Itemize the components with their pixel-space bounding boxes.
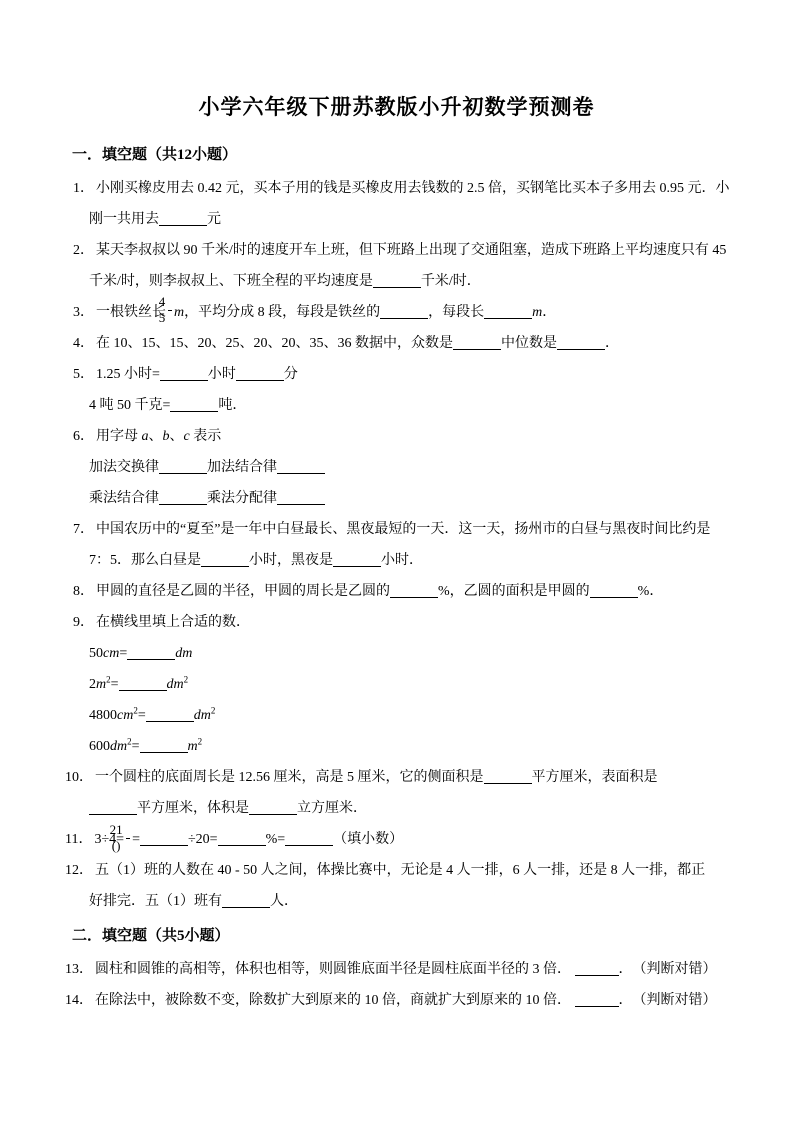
question-number: 9．	[73, 615, 94, 630]
question-text: %．	[638, 584, 664, 599]
blank-line	[285, 831, 333, 846]
blank-line	[140, 831, 188, 846]
question-number: 8．	[73, 584, 94, 599]
blank-line	[119, 676, 167, 691]
question-line: 9．在横线里填上合适的数．	[89, 607, 721, 638]
question-line: 14．在除法中，被除数不变，除数扩大到原来的 10 倍，商就扩大到原来的 10 …	[89, 985, 721, 1016]
question-line: 7：5．那么白昼是小时，黑夜是小时．	[89, 545, 721, 576]
question-text: 小时，黑夜是	[249, 553, 333, 568]
question: 3．一根铁丝长45m，平均分成 8 段，每段是铁丝的，每段长m．	[89, 297, 721, 328]
math-variable: m	[188, 739, 198, 754]
superscript: 2	[211, 706, 216, 716]
question: 11．3÷4=21()=÷20=%=（填小数）	[89, 824, 721, 855]
blank-line	[201, 552, 249, 567]
math-variable: cm	[117, 708, 133, 723]
question-line: 600dm2=m2	[89, 731, 721, 762]
blank-line	[277, 459, 325, 474]
question-line: 2．某天李叔叔以 90 千米/时的速度开车上班，但下班路上出现了交通阻塞，造成下…	[89, 235, 721, 266]
question-text: 4800	[89, 708, 117, 723]
blank-line	[333, 552, 381, 567]
blank-line	[160, 366, 208, 381]
question-text: ．	[542, 305, 556, 320]
question-text: 在横线里填上合适的数．	[96, 615, 250, 630]
math-variable: m	[96, 677, 106, 692]
question-text: 人．	[270, 894, 298, 909]
question-text: 一个圆柱的底面周长是 12.56 厘米，高是 5 厘米，它的侧面积是	[95, 770, 484, 785]
question-line: 11．3÷4=21()=÷20=%=（填小数）	[89, 824, 721, 855]
fraction: 21()	[126, 823, 130, 854]
question: 6．用字母 a、b、c 表示加法交换律加法结合律乘法结合律乘法分配律	[89, 421, 721, 514]
math-variable: m	[532, 305, 542, 320]
question-text: 一根铁丝长	[96, 305, 166, 320]
question-text: 平方厘米，表面积是	[532, 770, 658, 785]
blank-line	[222, 893, 270, 908]
question-number: 11．	[65, 832, 92, 847]
question: 1．小刚买橡皮用去 0.42 元，买本子用的钱是买橡皮用去钱数的 2.5 倍，买…	[89, 173, 721, 235]
blank-line	[159, 459, 207, 474]
fraction: 45	[168, 295, 172, 326]
math-variable: dm	[194, 708, 211, 723]
question-text: 4 吨 50 千克=	[89, 398, 170, 413]
question-line: 刚一共用去元	[89, 204, 721, 235]
question-text: 分	[284, 367, 298, 382]
question-text: =	[132, 832, 140, 847]
fraction-numerator: 21	[126, 823, 130, 839]
question-line: 12．五（1）班的人数在 40 - 50 人之间，体操比赛中，无论是 4 人一排…	[89, 855, 721, 886]
question-text: ，每段长	[428, 305, 484, 320]
question-text: =	[119, 646, 127, 661]
blank-line	[453, 335, 501, 350]
fraction-denominator: ()	[126, 839, 130, 854]
superscript: 2	[184, 675, 189, 685]
question-number: 4．	[73, 336, 94, 351]
blank-line	[575, 961, 619, 976]
fraction-numerator: 4	[168, 295, 172, 311]
question-text: 中位数是	[501, 336, 557, 351]
question-text: 中国农历中的“夏至”是一年中白昼最长、黑夜最短的一天．这一天，扬州市的白昼与黑夜…	[96, 522, 710, 537]
question-text: 乘法结合律	[89, 491, 159, 506]
question: 9．在横线里填上合适的数．50cm=dm2m2=dm24800cm2=dm260…	[89, 607, 721, 762]
question-text: 1.25 小时=	[96, 367, 160, 382]
question-text: 7：5．那么白昼是	[89, 553, 201, 568]
blank-line	[159, 211, 207, 226]
question-text: 、	[149, 429, 163, 444]
question-text: 600	[89, 739, 110, 754]
question-text: ． （判断对错）	[619, 962, 717, 977]
question-text: 乘法分配律	[207, 491, 277, 506]
question-text: 在除法中，被除数不变，除数扩大到原来的 10 倍，商就扩大到原来的 10 倍．	[95, 993, 575, 1008]
question-text: 、	[170, 429, 184, 444]
blank-line	[277, 490, 325, 505]
question-number: 5．	[73, 367, 94, 382]
question-text: 圆柱和圆锥的高相等，体积也相等，则圆锥底面半径是圆柱底面半径的 3 倍．	[95, 962, 575, 977]
question-text: ÷20=	[188, 832, 218, 847]
question-line: 平方厘米，体积是立方厘米．	[89, 793, 721, 824]
question-text: 平方厘米，体积是	[137, 801, 249, 816]
question-text: ． （判断对错）	[619, 993, 717, 1008]
question-number: 1．	[73, 181, 94, 196]
superscript: 2	[198, 737, 203, 747]
question-text: 某天李叔叔以 90 千米/时的速度开车上班，但下班路上出现了交通阻塞，造成下班路…	[96, 243, 726, 258]
question-text: 刚一共用去	[89, 212, 159, 227]
question-line: 13．圆柱和圆锥的高相等，体积也相等，则圆锥底面半径是圆柱底面半径的 3 倍． …	[89, 954, 721, 985]
question-text: 千米/时．	[421, 274, 481, 289]
page: 小学六年级下册苏教版小升初数学预测卷 一．填空题（共12小题）1．小刚买橡皮用去…	[0, 0, 793, 1016]
question: 14．在除法中，被除数不变，除数扩大到原来的 10 倍，商就扩大到原来的 10 …	[89, 985, 721, 1016]
question-text: ．	[605, 336, 619, 351]
math-variable: cm	[103, 646, 119, 661]
blank-line	[484, 769, 532, 784]
math-variable: b	[163, 429, 170, 444]
question-number: 6．	[73, 429, 94, 444]
question: 5．1.25 小时=小时分4 吨 50 千克=吨．	[89, 359, 721, 421]
sections: 一．填空题（共12小题）1．小刚买橡皮用去 0.42 元，买本子用的钱是买橡皮用…	[72, 140, 721, 1016]
question-text: %，乙圆的面积是甲圆的	[438, 584, 590, 599]
question-line: 3．一根铁丝长45m，平均分成 8 段，每段是铁丝的，每段长m．	[89, 297, 721, 328]
blank-line	[575, 992, 619, 1007]
question-line: 4 吨 50 千克=吨．	[89, 390, 721, 421]
math-variable: a	[142, 429, 149, 444]
question-text: 吨．	[218, 398, 246, 413]
question-text: 甲圆的直径是乙圆的半径，甲圆的周长是乙圆的	[96, 584, 390, 599]
blank-line	[590, 583, 638, 598]
question-line: 4800cm2=dm2	[89, 700, 721, 731]
question-text: 立方厘米．	[297, 801, 367, 816]
blank-line	[159, 490, 207, 505]
math-variable: m	[174, 305, 184, 320]
blank-line	[218, 831, 266, 846]
blank-line	[484, 304, 532, 319]
question-number: 12．	[65, 863, 93, 878]
question-text: =	[138, 708, 146, 723]
question: 10．一个圆柱的底面周长是 12.56 厘米，高是 5 厘米，它的侧面积是平方厘…	[89, 762, 721, 824]
question-text: =	[132, 739, 140, 754]
question-text: 元	[207, 212, 221, 227]
question-line: 5．1.25 小时=小时分	[89, 359, 721, 390]
blank-line	[390, 583, 438, 598]
question-text: 好排完．五（1）班有	[89, 894, 222, 909]
question-text: 小刚买橡皮用去 0.42 元，买本子用的钱是买橡皮用去钱数的 2.5 倍，买钢笔…	[96, 181, 730, 196]
blank-line	[127, 645, 175, 660]
question-line: 千米/时，则李叔叔上、下班全程的平均速度是千米/时．	[89, 266, 721, 297]
question-text: 千米/时，则李叔叔上、下班全程的平均速度是	[89, 274, 373, 289]
blank-line	[170, 397, 218, 412]
blank-line	[249, 800, 297, 815]
question-number: 2．	[73, 243, 94, 258]
section-heading: 一．填空题（共12小题）	[72, 140, 721, 171]
question-text: 50	[89, 646, 103, 661]
math-variable: dm	[175, 646, 192, 661]
question-number: 7．	[73, 522, 94, 537]
question-text: 用字母	[96, 429, 142, 444]
question-number: 3．	[73, 305, 94, 320]
section-heading: 二．填空题（共5小题）	[72, 921, 721, 952]
question-line: 8．甲圆的直径是乙圆的半径，甲圆的周长是乙圆的%，乙圆的面积是甲圆的%．	[89, 576, 721, 607]
question-text: 小时．	[381, 553, 423, 568]
question-line: 加法交换律加法结合律	[89, 452, 721, 483]
question-text: （填小数）	[333, 832, 403, 847]
blank-line	[380, 304, 428, 319]
blank-line	[557, 335, 605, 350]
question-text: 在 10、15、15、20、25、20、20、35、36 数据中，众数是	[96, 336, 453, 351]
question-text: 加法结合律	[207, 460, 277, 475]
question: 7．中国农历中的“夏至”是一年中白昼最长、黑夜最短的一天．这一天，扬州市的白昼与…	[89, 514, 721, 576]
question-line: 7．中国农历中的“夏至”是一年中白昼最长、黑夜最短的一天．这一天，扬州市的白昼与…	[89, 514, 721, 545]
question: 12．五（1）班的人数在 40 - 50 人之间，体操比赛中，无论是 4 人一排…	[89, 855, 721, 917]
question-line: 10．一个圆柱的底面周长是 12.56 厘米，高是 5 厘米，它的侧面积是平方厘…	[89, 762, 721, 793]
question-text: 五（1）班的人数在 40 - 50 人之间，体操比赛中，无论是 4 人一排，6 …	[95, 863, 705, 878]
blank-line	[236, 366, 284, 381]
question-line: 6．用字母 a、b、c 表示	[89, 421, 721, 452]
question-number: 14．	[65, 993, 93, 1008]
question-text: ，平均分成 8 段，每段是铁丝的	[184, 305, 380, 320]
question-line: 4．在 10、15、15、20、25、20、20、35、36 数据中，众数是中位…	[89, 328, 721, 359]
blank-line	[89, 800, 137, 815]
question-text: =	[111, 677, 119, 692]
math-variable: dm	[167, 677, 184, 692]
question: 4．在 10、15、15、20、25、20、20、35、36 数据中，众数是中位…	[89, 328, 721, 359]
question-line: 50cm=dm	[89, 638, 721, 669]
blank-line	[140, 738, 188, 753]
question-text: 加法交换律	[89, 460, 159, 475]
question-number: 13．	[65, 962, 93, 977]
question-line: 好排完．五（1）班有人．	[89, 886, 721, 917]
question-line: 1．小刚买橡皮用去 0.42 元，买本子用的钱是买橡皮用去钱数的 2.5 倍，买…	[89, 173, 721, 204]
question-line: 乘法结合律乘法分配律	[89, 483, 721, 514]
blank-line	[373, 273, 421, 288]
question-text: 2	[89, 677, 96, 692]
question-text: 表示	[190, 429, 222, 444]
question: 8．甲圆的直径是乙圆的半径，甲圆的周长是乙圆的%，乙圆的面积是甲圆的%．	[89, 576, 721, 607]
fraction-denominator: 5	[168, 311, 172, 326]
page-title: 小学六年级下册苏教版小升初数学预测卷	[72, 92, 721, 122]
question-text: %=	[266, 832, 286, 847]
question: 13．圆柱和圆锥的高相等，体积也相等，则圆锥底面半径是圆柱底面半径的 3 倍． …	[89, 954, 721, 985]
question-number: 10．	[65, 770, 93, 785]
blank-line	[146, 707, 194, 722]
question: 2．某天李叔叔以 90 千米/时的速度开车上班，但下班路上出现了交通阻塞，造成下…	[89, 235, 721, 297]
question-line: 2m2=dm2	[89, 669, 721, 700]
math-variable: dm	[110, 739, 127, 754]
question-text: 小时	[208, 367, 236, 382]
